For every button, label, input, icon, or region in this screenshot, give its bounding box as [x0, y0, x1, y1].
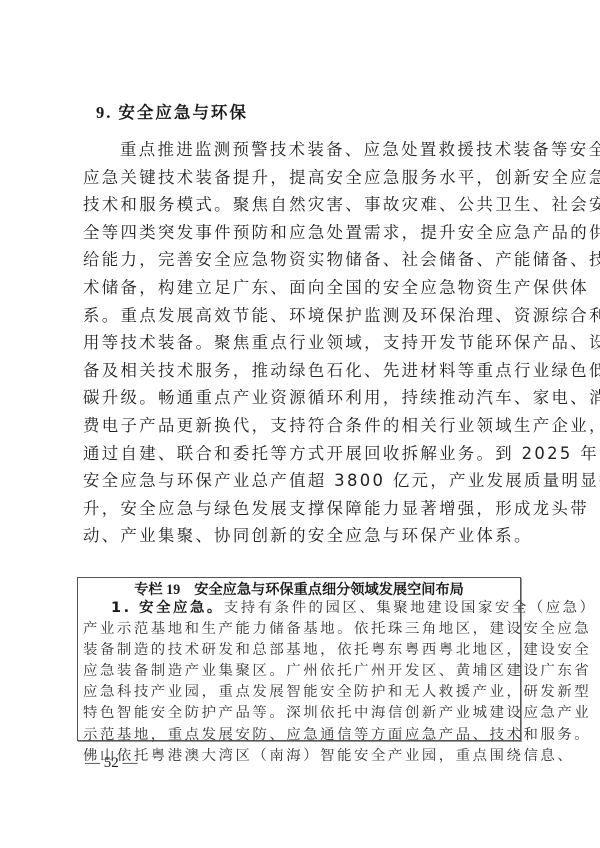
item-lead: 1. 安全应急。 — [111, 600, 224, 616]
document-page: 9.安全应急与环保 重点推进监测预警技术装备、应急处置救援技术装备等安全 应急关… — [0, 0, 600, 848]
section-heading: 9.安全应急与环保 — [96, 101, 248, 125]
box-line: 特色智能安全防护产品等。深圳依托中海信创新产业城建设应急产业 — [83, 703, 519, 724]
section-number: 9. — [96, 103, 112, 122]
body-line: 碳升级。畅通重点产业资源循环利用，持续推动汽车、家电、消 — [83, 384, 523, 412]
body-line: 升，安全应急与绿色发展支撑保障能力显著增强，形成龙头带 — [83, 495, 523, 523]
body-line: 通过自建、联合和委托等方式开展回收拆解业务。到 2025 年， — [83, 440, 523, 468]
column-title: 安全应急与环保重点细分领域发展空间布局 — [194, 582, 464, 598]
body-line: 安全应急与环保产业总产值超 3800 亿元，产业发展质量明显提 — [83, 467, 523, 495]
box-line: 装备制造的技术研发和总部基地，依托粤东粤西粤北地区，建设安全 — [83, 640, 519, 661]
box-line: 佛山依托粤港澳大湾区（南海）智能安全产业园，重点围绕信息、 — [83, 746, 519, 767]
body-line: 给能力，完善安全应急物资实物储备、社会储备、产能储备、技 — [83, 246, 523, 274]
body-line: 全等四类突发事件预防和应急处置需求，提升安全应急产品的供 — [83, 219, 523, 247]
body-line: 动、产业集聚、协同创新的安全应急与环保产业体系。 — [83, 522, 523, 550]
box-line: 应急装备制造产业集聚区。广州依托广州开发区、黄埔区建设广东省 — [83, 661, 519, 682]
box-line: 示范基地，重点发展安防、应急通信等方面应急产品、技术和服务。 — [83, 725, 519, 746]
feature-box-title: 专栏 19安全应急与环保重点细分领域发展空间布局 — [78, 581, 520, 599]
section-body: 重点推进监测预警技术装备、应急处置救援技术装备等安全 应急关键技术装备提升，提高… — [83, 136, 523, 550]
body-line: 系。重点发展高效节能、环境保护监测及环保治理、资源综合利 — [83, 302, 523, 330]
body-line: 用等技术装备。聚焦重点行业领域，支持开发节能环保产品、设 — [83, 329, 523, 357]
column-label: 专栏 19 — [134, 582, 180, 598]
box-line: 产业示范基地和生产能力储备基地。依托珠三角地区，建设安全应急 — [83, 619, 519, 640]
body-line: 费电子产品更新换代，支持符合条件的相关行业领域生产企业， — [83, 412, 523, 440]
section-title: 安全应急与环保 — [118, 103, 248, 122]
body-line: 重点推进监测预警技术装备、应急处置救援技术装备等安全 — [83, 136, 523, 164]
body-line: 术储备，构建立足广东、面向全国的安全应急物资生产保供体 — [83, 274, 523, 302]
item-text: 支持有条件的园区、集聚地建设国家安全（应急） — [224, 600, 597, 616]
body-line: 应急关键技术装备提升，提高安全应急服务水平，创新安全应急 — [83, 164, 523, 192]
feature-box-body: 1. 安全应急。支持有条件的园区、集聚地建设国家安全（应急） 产业示范基地和生产… — [83, 598, 519, 767]
body-line: 备及相关技术服务，推动绿色石化、先进材料等重点行业绿色低 — [83, 357, 523, 385]
page-number: — 52 — — [85, 753, 138, 773]
feature-box: 专栏 19安全应急与环保重点细分领域发展空间布局 1. 安全应急。支持有条件的园… — [77, 577, 521, 741]
box-line: 1. 安全应急。支持有条件的园区、集聚地建设国家安全（应急） — [83, 598, 519, 619]
body-line: 技术和服务模式。聚焦自然灾害、事故灾难、公共卫生、社会安 — [83, 191, 523, 219]
box-line: 应急科技产业园，重点发展智能安全防护和无人救援产业，研发新型 — [83, 682, 519, 703]
